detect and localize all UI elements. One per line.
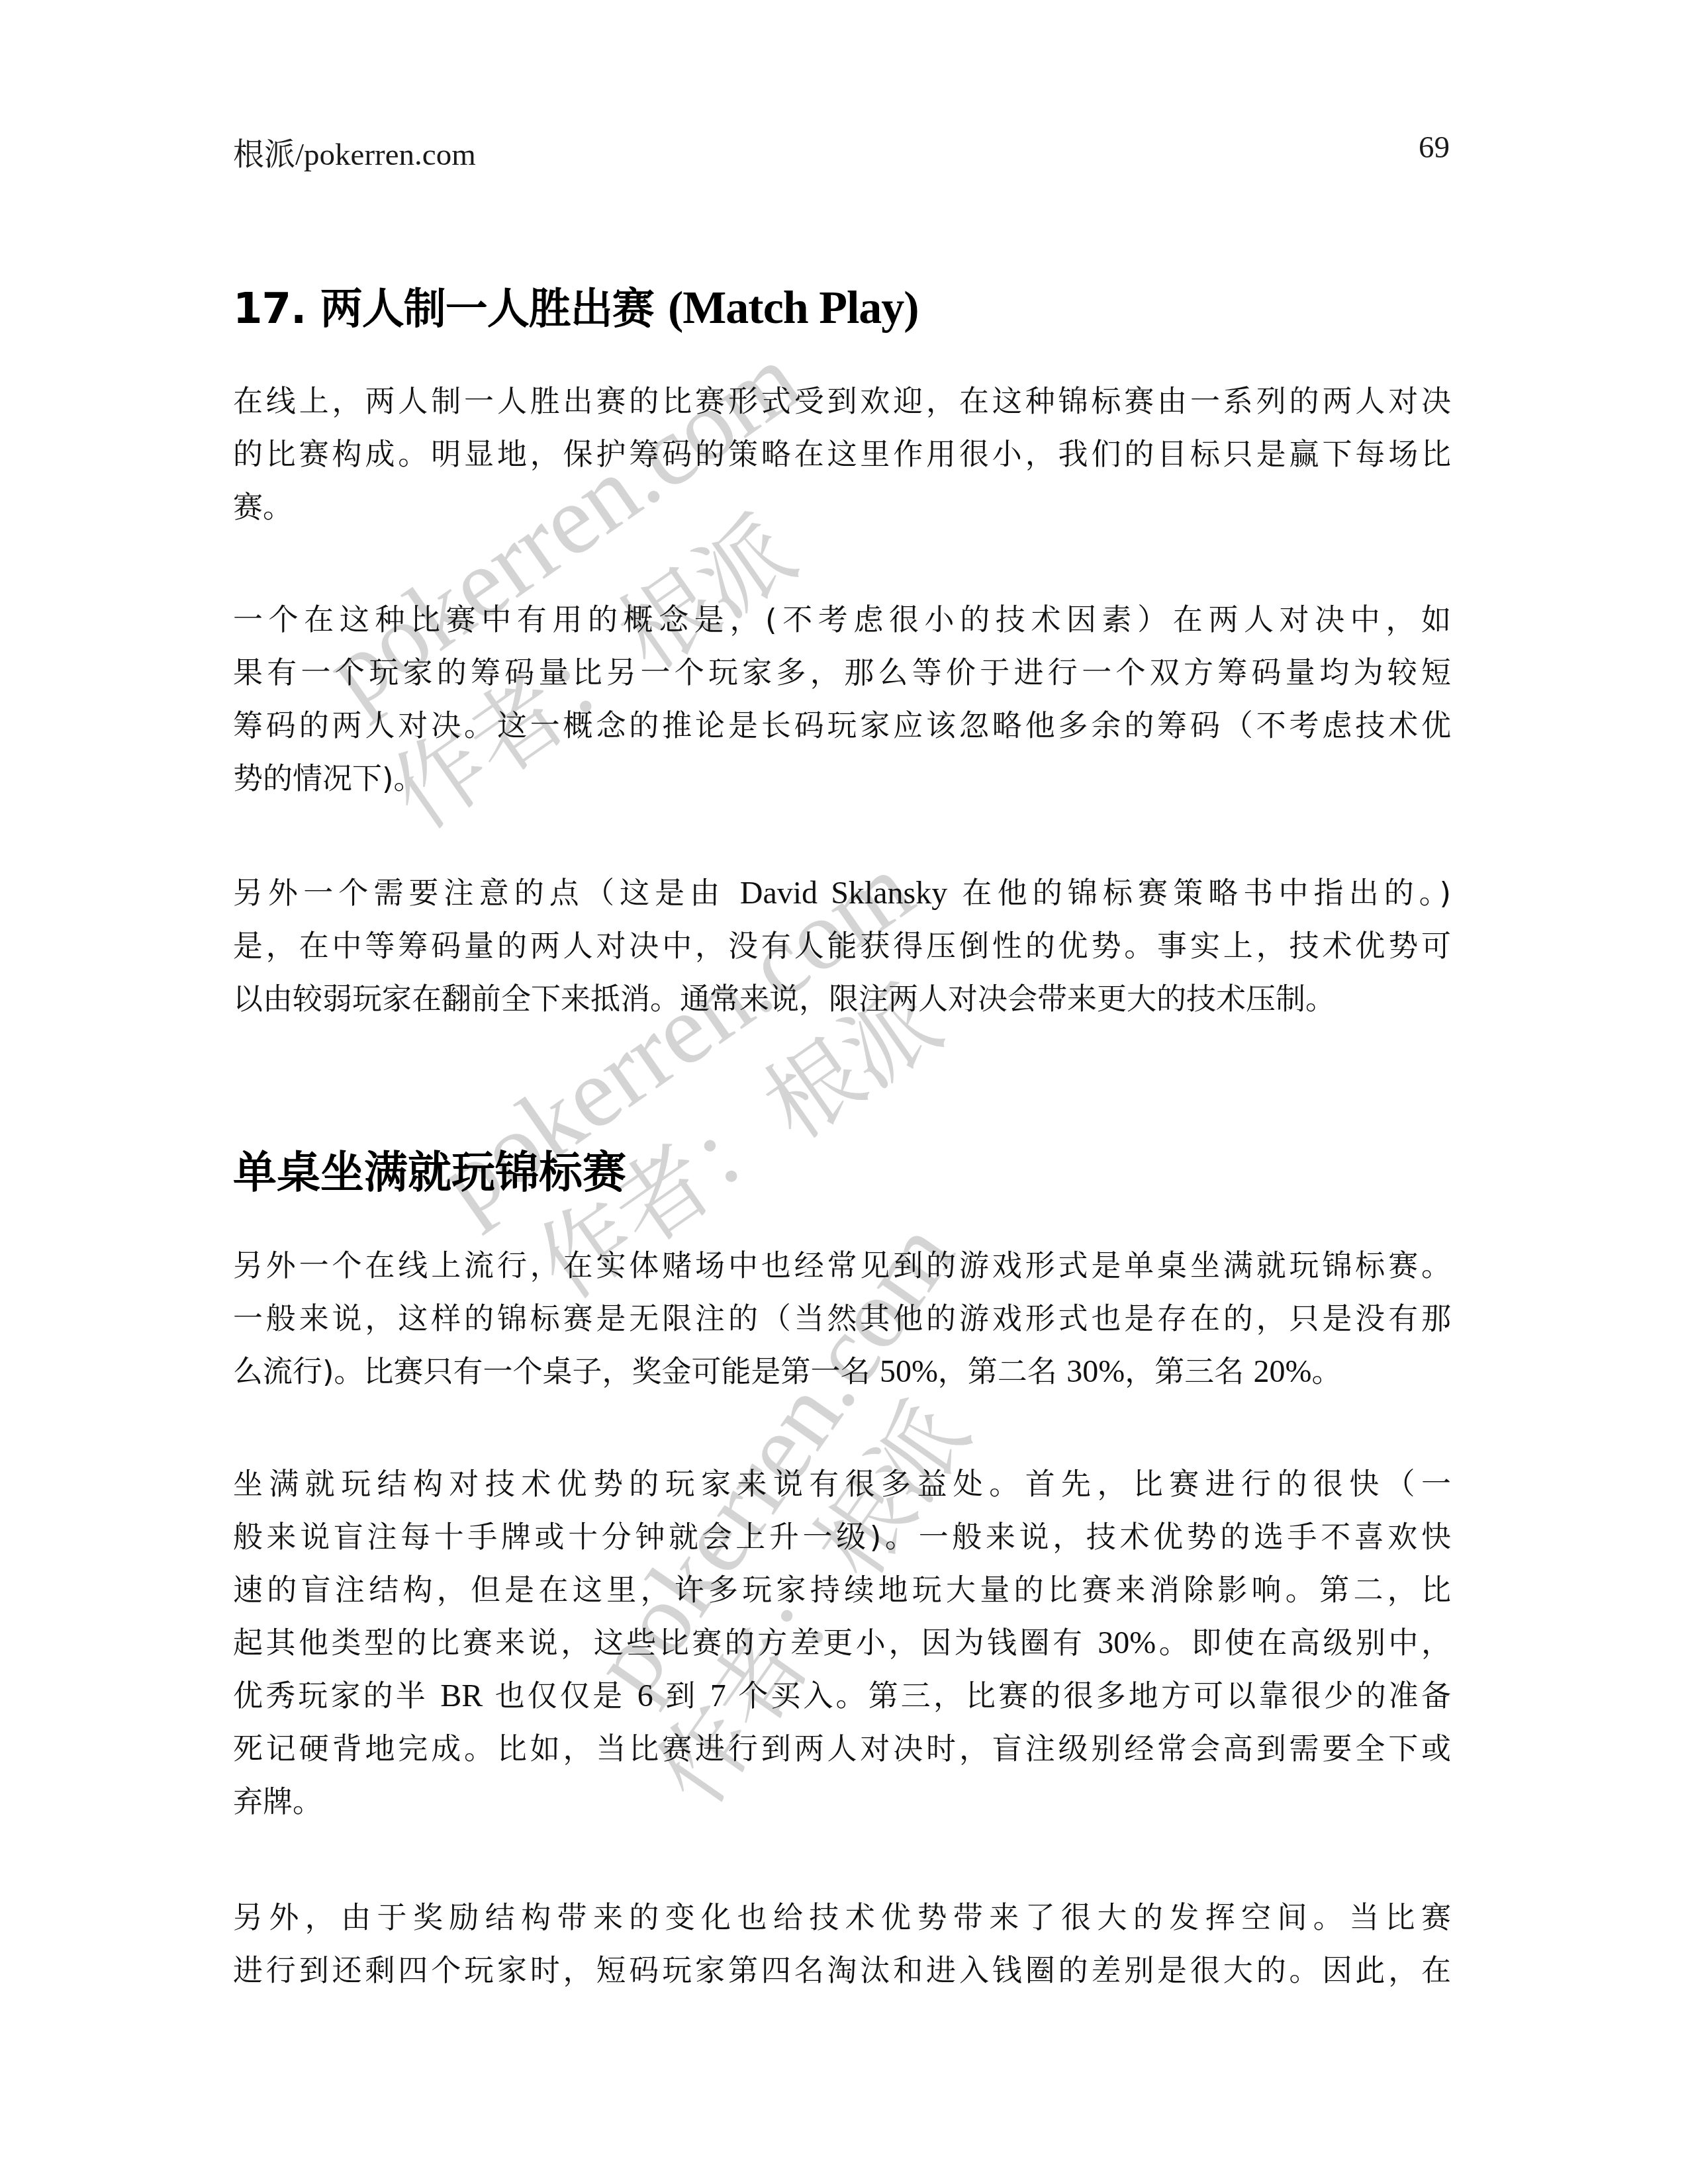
text-line: 另外一个在线上流行，在实体赌场中也经常见到的游戏形式是单桌坐满就玩锦标赛。 bbox=[233, 1240, 1451, 1293]
payout-second: 30% bbox=[1066, 1354, 1125, 1389]
text-line: 的比赛构成。明显地，保护筹码的策略在这里作用很小，我们的目标只是赢下每场比 bbox=[233, 428, 1451, 481]
heading-cn: 17. 两人制一人胜出赛 bbox=[233, 285, 654, 334]
header-site-name: 根派/pokerren.com bbox=[233, 130, 476, 174]
document-page: pokerren.com 作者：根派 pokerren.com 作者：根派 po… bbox=[0, 0, 1688, 2184]
text-line: 在线上，两人制一人胜出赛的比赛形式受到欢迎，在这种锦标赛由一系列的两人对决 bbox=[233, 375, 1451, 428]
page-number: 69 bbox=[1419, 130, 1450, 165]
text-run: 在他的锦标赛策略书中指出的。) bbox=[947, 876, 1451, 911]
text-run: 也仅仅是 bbox=[483, 1678, 637, 1713]
text-line: 一般来说，这样的锦标赛是无限注的（当然其他的游戏形式也是存在的，只是没有那 bbox=[233, 1293, 1451, 1345]
text-line: 般来说盲注每十手牌或十分钟就会上升一级)。一般来说，技术优势的选手不喜欢快 bbox=[233, 1511, 1451, 1564]
paragraph: 一个在这种比赛中有用的概念是，(不考虑很小的技术因素）在两人对决中，如 果有一个… bbox=[233, 594, 1451, 805]
text-line: 坐满就玩结构对技术优势的玩家来说有很多益处。首先，比赛进行的很快（一 bbox=[233, 1458, 1451, 1511]
section-heading-match-play: 17. 两人制一人胜出赛 (Match Play) bbox=[233, 275, 919, 336]
payout-first: 50% bbox=[880, 1354, 938, 1389]
heading-en: (Match Play) bbox=[668, 283, 919, 334]
text-line: 另外一个需要注意的点（这是由 David Sklansky 在他的锦标赛策略书中… bbox=[233, 867, 1451, 920]
text-run: 另外一个需要注意的点（这是由 bbox=[233, 876, 740, 911]
text-run: ，第二名 bbox=[938, 1354, 1066, 1389]
text-line: 死记硬背地完成。比如，当比赛进行到两人对决时，盲注级别经常会高到需要全下或 bbox=[233, 1723, 1451, 1776]
text-line: 一个在这种比赛中有用的概念是，(不考虑很小的技术因素）在两人对决中，如 bbox=[233, 594, 1451, 647]
text-run: ，第三名 bbox=[1125, 1354, 1253, 1389]
text-run: 优秀玩家的半 bbox=[233, 1678, 440, 1713]
paragraph: 另外一个需要注意的点（这是由 David Sklansky 在他的锦标赛策略书中… bbox=[233, 867, 1451, 1026]
text-run: 么流行)。比赛只有一个桌子，奖金可能是第一名 bbox=[233, 1354, 880, 1389]
buyin-max: 7 bbox=[710, 1678, 726, 1713]
paragraph: 另外一个在线上流行，在实体赌场中也经常见到的游戏形式是单桌坐满就玩锦标赛。 一般… bbox=[233, 1240, 1451, 1398]
text-line: 势的情况下)。 bbox=[233, 752, 1451, 805]
text-line: 另外，由于奖励结构带来的变化也给技术优势带来了很大的发挥空间。当比赛 bbox=[233, 1891, 1451, 1944]
text-run: 。即使在高级别中， bbox=[1156, 1625, 1451, 1661]
text-run: 起其他类型的比赛来说，这些比赛的方差更小，因为钱圈有 bbox=[233, 1625, 1098, 1661]
text-line: 速的盲注结构，但是在这里，许多玩家持续地玩大量的比赛来消除影响。第二，比 bbox=[233, 1564, 1451, 1617]
text-line: 以由较弱玩家在翻前全下来抵消。通常来说，限注两人对决会带来更大的技术压制。 bbox=[233, 973, 1451, 1026]
paragraph: 坐满就玩结构对技术优势的玩家来说有很多益处。首先，比赛进行的很快（一 般来说盲注… bbox=[233, 1458, 1451, 1829]
br-term: BR bbox=[440, 1678, 483, 1713]
text-run: 到 bbox=[653, 1678, 710, 1713]
paragraph: 在线上，两人制一人胜出赛的比赛形式受到欢迎，在这种锦标赛由一系列的两人对决 的比… bbox=[233, 375, 1451, 534]
text-line: 筹码的两人对决。这一概念的推论是长码玩家应该忽略他多余的筹码（不考虑技术优 bbox=[233, 700, 1451, 752]
payout-third: 20% bbox=[1253, 1354, 1311, 1389]
text-run: 。 bbox=[1311, 1354, 1341, 1389]
text-line: 是，在中等筹码量的两人对决中，没有人能获得压倒性的优势。事实上，技术优势可 bbox=[233, 920, 1451, 973]
author-name: David Sklansky bbox=[740, 876, 947, 911]
section-heading-sit-and-go: 单桌坐满就玩锦标赛 bbox=[233, 1137, 626, 1200]
running-header: 根派/pokerren.com 69 bbox=[233, 130, 1450, 176]
buyin-min: 6 bbox=[637, 1678, 653, 1713]
itm-percent: 30% bbox=[1098, 1625, 1156, 1661]
text-line: 优秀玩家的半 BR 也仅仅是 6 到 7 个买入。第三，比赛的很多地方可以靠很少… bbox=[233, 1670, 1451, 1723]
text-line: 起其他类型的比赛来说，这些比赛的方差更小，因为钱圈有 30%。即使在高级别中， bbox=[233, 1617, 1451, 1670]
text-line: 进行到还剩四个玩家时，短码玩家第四名淘汰和进入钱圈的差别是很大的。因此，在 bbox=[233, 1944, 1451, 1997]
text-line: 赛。 bbox=[233, 481, 1451, 534]
text-line: 弃牌。 bbox=[233, 1776, 1451, 1829]
paragraph: 另外，由于奖励结构带来的变化也给技术优势带来了很大的发挥空间。当比赛 进行到还剩… bbox=[233, 1891, 1451, 1997]
text-line: 果有一个玩家的筹码量比另一个玩家多，那么等价于进行一个双方筹码量均为较短 bbox=[233, 647, 1451, 700]
text-line: 么流行)。比赛只有一个桌子，奖金可能是第一名 50%，第二名 30%，第三名 2… bbox=[233, 1345, 1451, 1398]
text-run: 个买入。第三，比赛的很多地方可以靠很少的准备 bbox=[726, 1678, 1451, 1713]
